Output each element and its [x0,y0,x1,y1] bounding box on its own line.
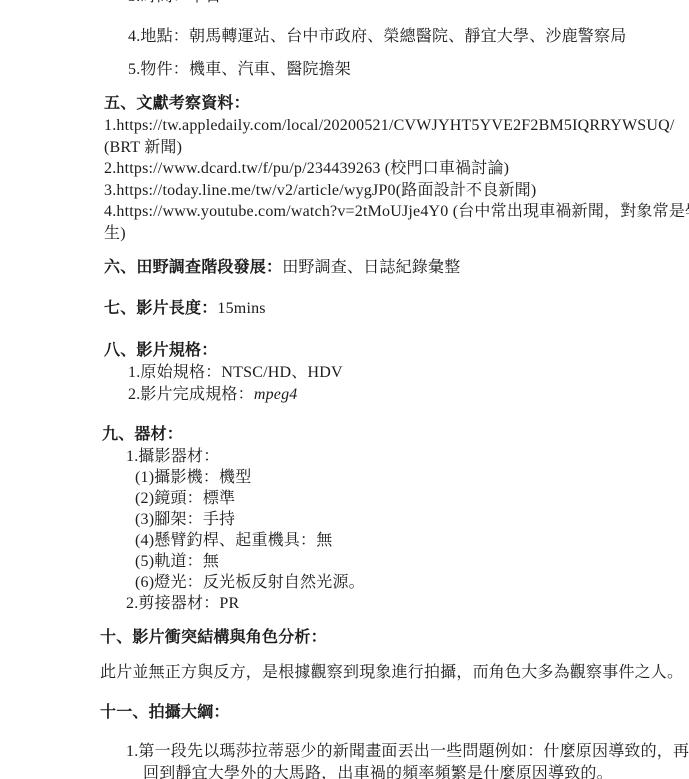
text-segment: 十一、拍攝大綱： [100,704,230,721]
text-segment: (6)燈光：反光板反射自然光源。 [135,574,365,591]
text-segment: 3.時間：平日 [128,0,221,5]
text-segment: 1.攝影器材： [126,448,219,465]
paragraph-conflict-analysis: 此片並無正方與反方，是根據觀察到現象進行拍攝，而角色大多為觀察事件之人。 [100,664,683,682]
heading-section-5-literature: 五、文獻考察資料： [104,95,250,113]
reference-url-1-note: (BRT 新聞) [104,139,182,157]
reference-url-4-wrap: 生) [104,225,126,243]
reference-url-4: 4.https://www.youtube.com/watch?v=2tMoUJ… [104,203,689,221]
heading-section-8-film-spec: 八、影片規格： [104,342,217,360]
reference-url-1: 1.https://tw.appledaily.com/local/202005… [104,117,675,135]
equipment-subitem-lens: (2)鏡頭：標準 [135,490,235,508]
text-segment: 生) [104,225,126,242]
document-page: 3.時間：平日4.地點：朝馬轉運站、台中市政府、榮總醫院、靜宜大學、沙鹿警察局5… [0,0,689,779]
reference-url-2: 2.https://www.dcard.tw/f/pu/p/234439263 … [104,160,509,178]
equipment-subitem-camera: (1)攝影機：機型 [135,469,251,487]
equipment-subitem-crane: (4)懸臂釣桿、起重機具：無 [135,532,332,550]
text-segment: mpeg4 [254,386,298,403]
heading-section-10-conflict-analysis: 十、影片衝突結構與角色分析： [100,629,327,647]
text-segment: 5.物件：機車、汽車、醫院擔架 [128,61,351,78]
text-segment: (3)腳架：手持 [135,511,235,528]
spec-item-final-format: 2.影片完成規格：mpeg4 [128,386,297,404]
text-segment: 六、田野調查階段發展： [104,259,282,276]
equipment-item-editing: 2.剪接器材：PR [126,595,239,613]
equipment-item-camera-gear: 1.攝影器材： [126,448,219,466]
reference-url-3: 3.https://today.line.me/tw/v2/article/wy… [104,182,536,200]
text-segment: 15mins [217,300,265,317]
text-segment: (BRT 新聞) [104,139,182,156]
text-segment: 此片並無正方與反方，是根據觀察到現象進行拍攝，而角色大多為觀察事件之人。 [100,664,683,681]
text-segment: 3.https://today.line.me/tw/v2/article/wy… [104,182,536,199]
list-item-location: 4.地點：朝馬轉運站、台中市政府、榮總醫院、靜宜大學、沙鹿警察局 [128,28,626,46]
heading-section-7-film-length: 七、影片長度：15mins [104,300,266,318]
equipment-subitem-track: (5)軌道：無 [135,553,219,571]
text-segment: 九、器材： [102,426,183,443]
text-segment: 4.https://www.youtube.com/watch?v=2tMoUJ… [104,203,689,220]
text-segment: 十、影片衝突結構與角色分析： [100,629,327,646]
text-segment: 2.剪接器材：PR [126,595,239,612]
heading-section-6-fieldwork: 六、田野調查階段發展：田野調查、日誌紀錄彙整 [104,259,460,277]
equipment-subitem-lighting: (6)燈光：反光板反射自然光源。 [135,574,365,592]
heading-section-11-shooting-outline: 十一、拍攝大綱： [100,704,230,722]
text-segment: 2.影片完成規格： [128,386,254,403]
text-segment: 1.第一段先以瑪莎拉蒂惡少的新聞畫面丟出一些問題例如：什麼原因導致的，再 [126,743,689,760]
text-segment: 2.https://www.dcard.tw/f/pu/p/234439263 … [104,160,509,177]
text-segment: (5)軌道：無 [135,553,219,570]
text-segment: 七、影片長度： [104,300,217,317]
equipment-subitem-tripod: (3)腳架：手持 [135,511,235,529]
text-segment: 八、影片規格： [104,342,217,359]
text-segment: 1.https://tw.appledaily.com/local/202005… [104,117,675,134]
heading-section-9-equipment: 九、器材： [102,426,183,444]
outline-item-1: 1.第一段先以瑪莎拉蒂惡少的新聞畫面丟出一些問題例如：什麼原因導致的，再 [126,743,689,761]
text-segment: 五、文獻考察資料： [104,95,250,112]
text-segment: (2)鏡頭：標準 [135,490,235,507]
outline-item-1-wrap: 回到靜宜大學外的大馬路，出車禍的頻率頻繁是什麼原因導致的。 [143,765,613,779]
text-segment: (1)攝影機：機型 [135,469,251,486]
text-segment: (4)懸臂釣桿、起重機具：無 [135,532,332,549]
spec-item-original-format: 1.原始規格：NTSC/HD、HDV [128,364,343,382]
text-segment: 1.原始規格：NTSC/HD、HDV [128,364,343,381]
text-segment: 4.地點：朝馬轉運站、台中市政府、榮總醫院、靜宜大學、沙鹿警察局 [128,28,626,45]
list-item-time-partial: 3.時間：平日 [128,0,221,6]
text-segment: 回到靜宜大學外的大馬路，出車禍的頻率頻繁是什麼原因導致的。 [143,765,613,779]
list-item-objects: 5.物件：機車、汽車、醫院擔架 [128,61,351,79]
text-segment: 田野調查、日誌紀錄彙整 [282,259,460,276]
